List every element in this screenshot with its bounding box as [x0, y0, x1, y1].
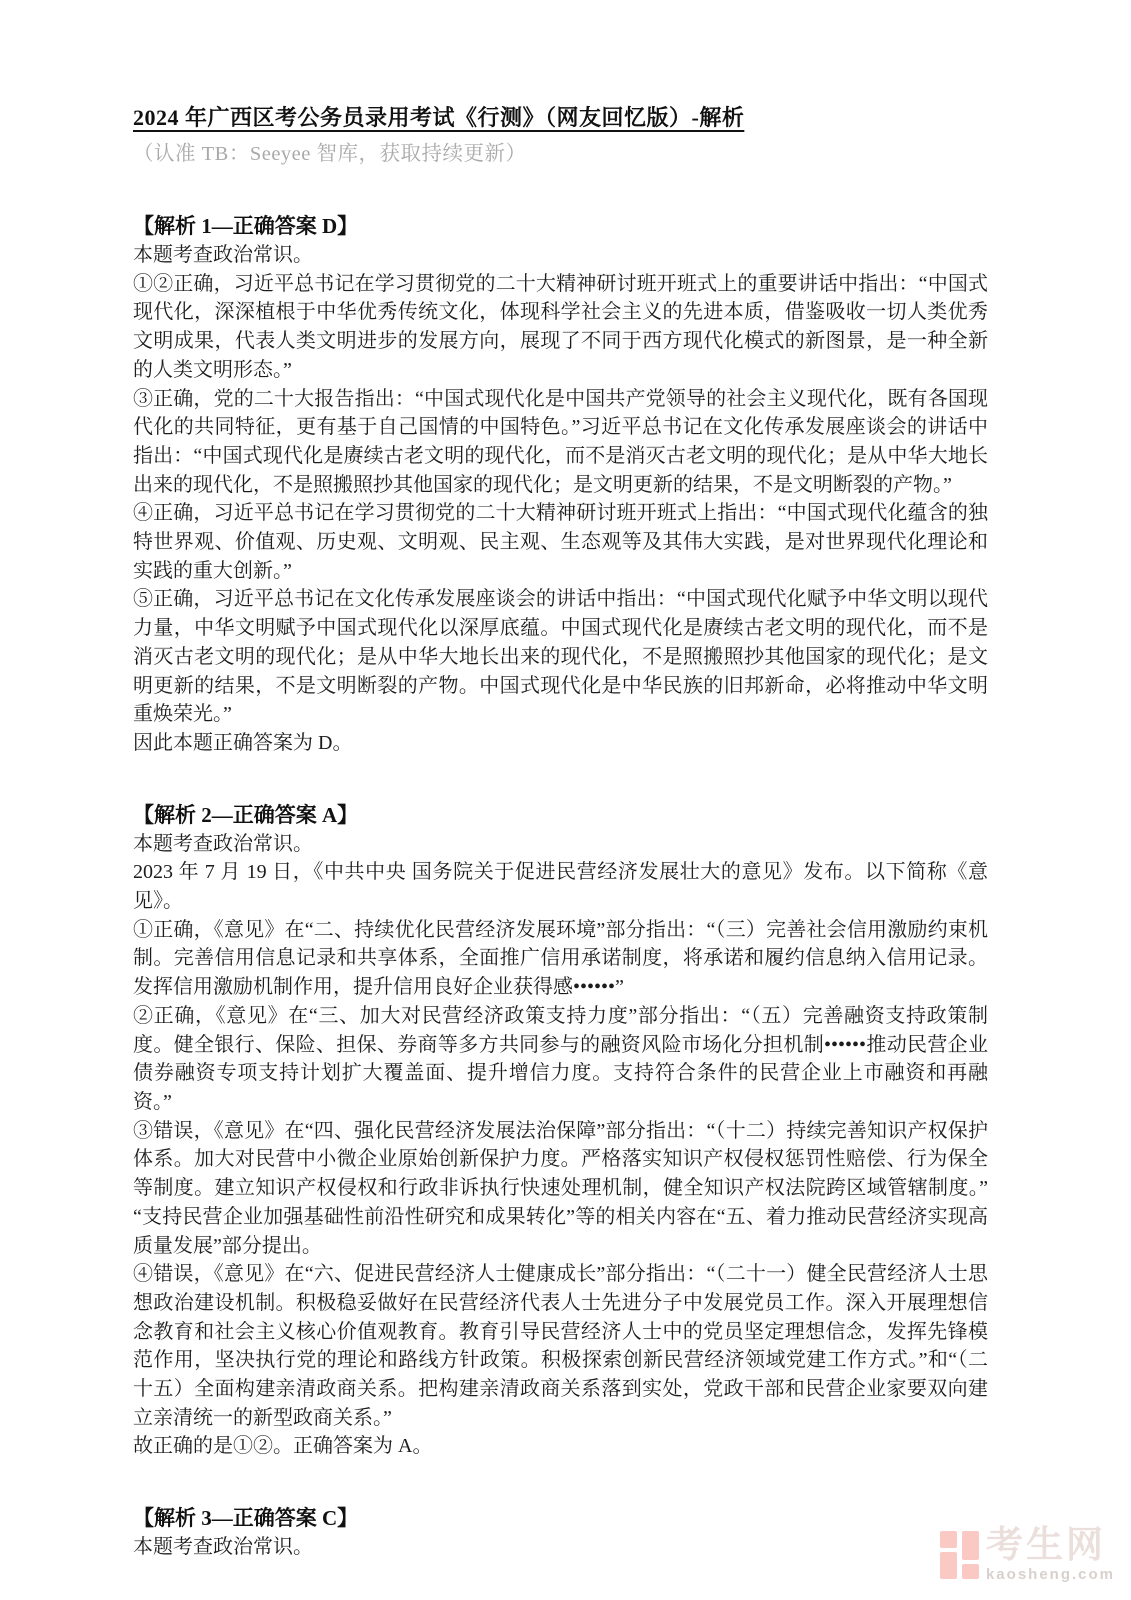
logo-block [940, 1531, 957, 1548]
kaosheng-logo-icon [940, 1531, 979, 1579]
section-2-heading: 【解析 2—正确答案 A】 [133, 800, 988, 830]
section-2-paragraph: ①正确，《意见》在“二、持续优化民营经济发展环境”部分指出：“（三）完善社会信用… [133, 916, 988, 1002]
section-1-paragraph: ④正确，习近平总书记在学习贯彻党的二十大精神研讨班开班式上指出：“中国式现代化蕴… [133, 499, 988, 585]
section-2-paragraph: 2023 年 7 月 19 日，《中共中央 国务院关于促进民营经济发展壮大的意见… [133, 858, 988, 915]
logo-block [940, 1552, 957, 1579]
section-1-heading: 【解析 1—正确答案 D】 [133, 211, 988, 241]
kaosheng-watermark: 考生网 kaosheng.com [940, 1527, 1115, 1582]
analysis-section-3: 【解析 3—正确答案 C】 本题考查政治常识。 [133, 1503, 988, 1562]
section-3-paragraph: 本题考查政治常识。 [133, 1533, 988, 1562]
section-1-paragraph: ③正确，党的二十大报告指出：“中国式现代化是中国共产党领导的社会主义现代化，既有… [133, 385, 988, 500]
watermark-text: 考生网 kaosheng.com [986, 1527, 1115, 1582]
section-1-paragraph: ①②正确，习近平总书记在学习贯彻党的二十大精神研讨班开班式上的重要讲话中指出：“… [133, 270, 988, 385]
section-3-heading: 【解析 3—正确答案 C】 [133, 1503, 988, 1533]
watermark-site-name: 考生网 [986, 1527, 1115, 1564]
section-1-conclusion: 因此本题正确答案为 D。 [133, 729, 988, 758]
section-2-paragraph: ②正确，《意见》在“三、加大对民营经济政策支持力度”部分指出：“（五）完善融资支… [133, 1002, 988, 1117]
section-1-paragraph: 本题考查政治常识。 [133, 241, 988, 270]
section-1-paragraph: ⑤正确，习近平总书记在文化传承发展座谈会的讲话中指出：“中国式现代化赋予中华文明… [133, 585, 988, 729]
watermark-site-url: kaosheng.com [986, 1567, 1115, 1582]
logo-block [962, 1564, 979, 1579]
page-subtitle: （认准 TB：Seeyee 智库，获取持续更新） [133, 139, 988, 169]
section-2-conclusion: 故正确的是①②。正确答案为 A。 [133, 1432, 988, 1461]
analysis-section-1: 【解析 1—正确答案 D】 本题考查政治常识。 ①②正确，习近平总书记在学习贯彻… [133, 211, 988, 758]
section-2-paragraph: ④错误，《意见》在“六、促进民营经济人士健康成长”部分指出：“（二十一）健全民营… [133, 1260, 988, 1432]
analysis-section-2: 【解析 2—正确答案 A】 本题考查政治常识。 2023 年 7 月 19 日，… [133, 800, 988, 1461]
section-2-paragraph: ③错误，《意见》在“四、强化民营经济发展法治保障”部分指出：“（十二）持续完善知… [133, 1117, 988, 1261]
document-content: 2024 年广西区考公务员录用考试《行测》（网友回忆版）-解析 （认准 TB：S… [133, 102, 988, 1562]
page-title: 2024 年广西区考公务员录用考试《行测》（网友回忆版）-解析 [133, 102, 744, 133]
logo-block [962, 1531, 979, 1560]
section-2-paragraph: 本题考查政治常识。 [133, 830, 988, 859]
document-page: 2024 年广西区考公务员录用考试《行测》（网友回忆版）-解析 （认准 TB：S… [0, 0, 1131, 1600]
